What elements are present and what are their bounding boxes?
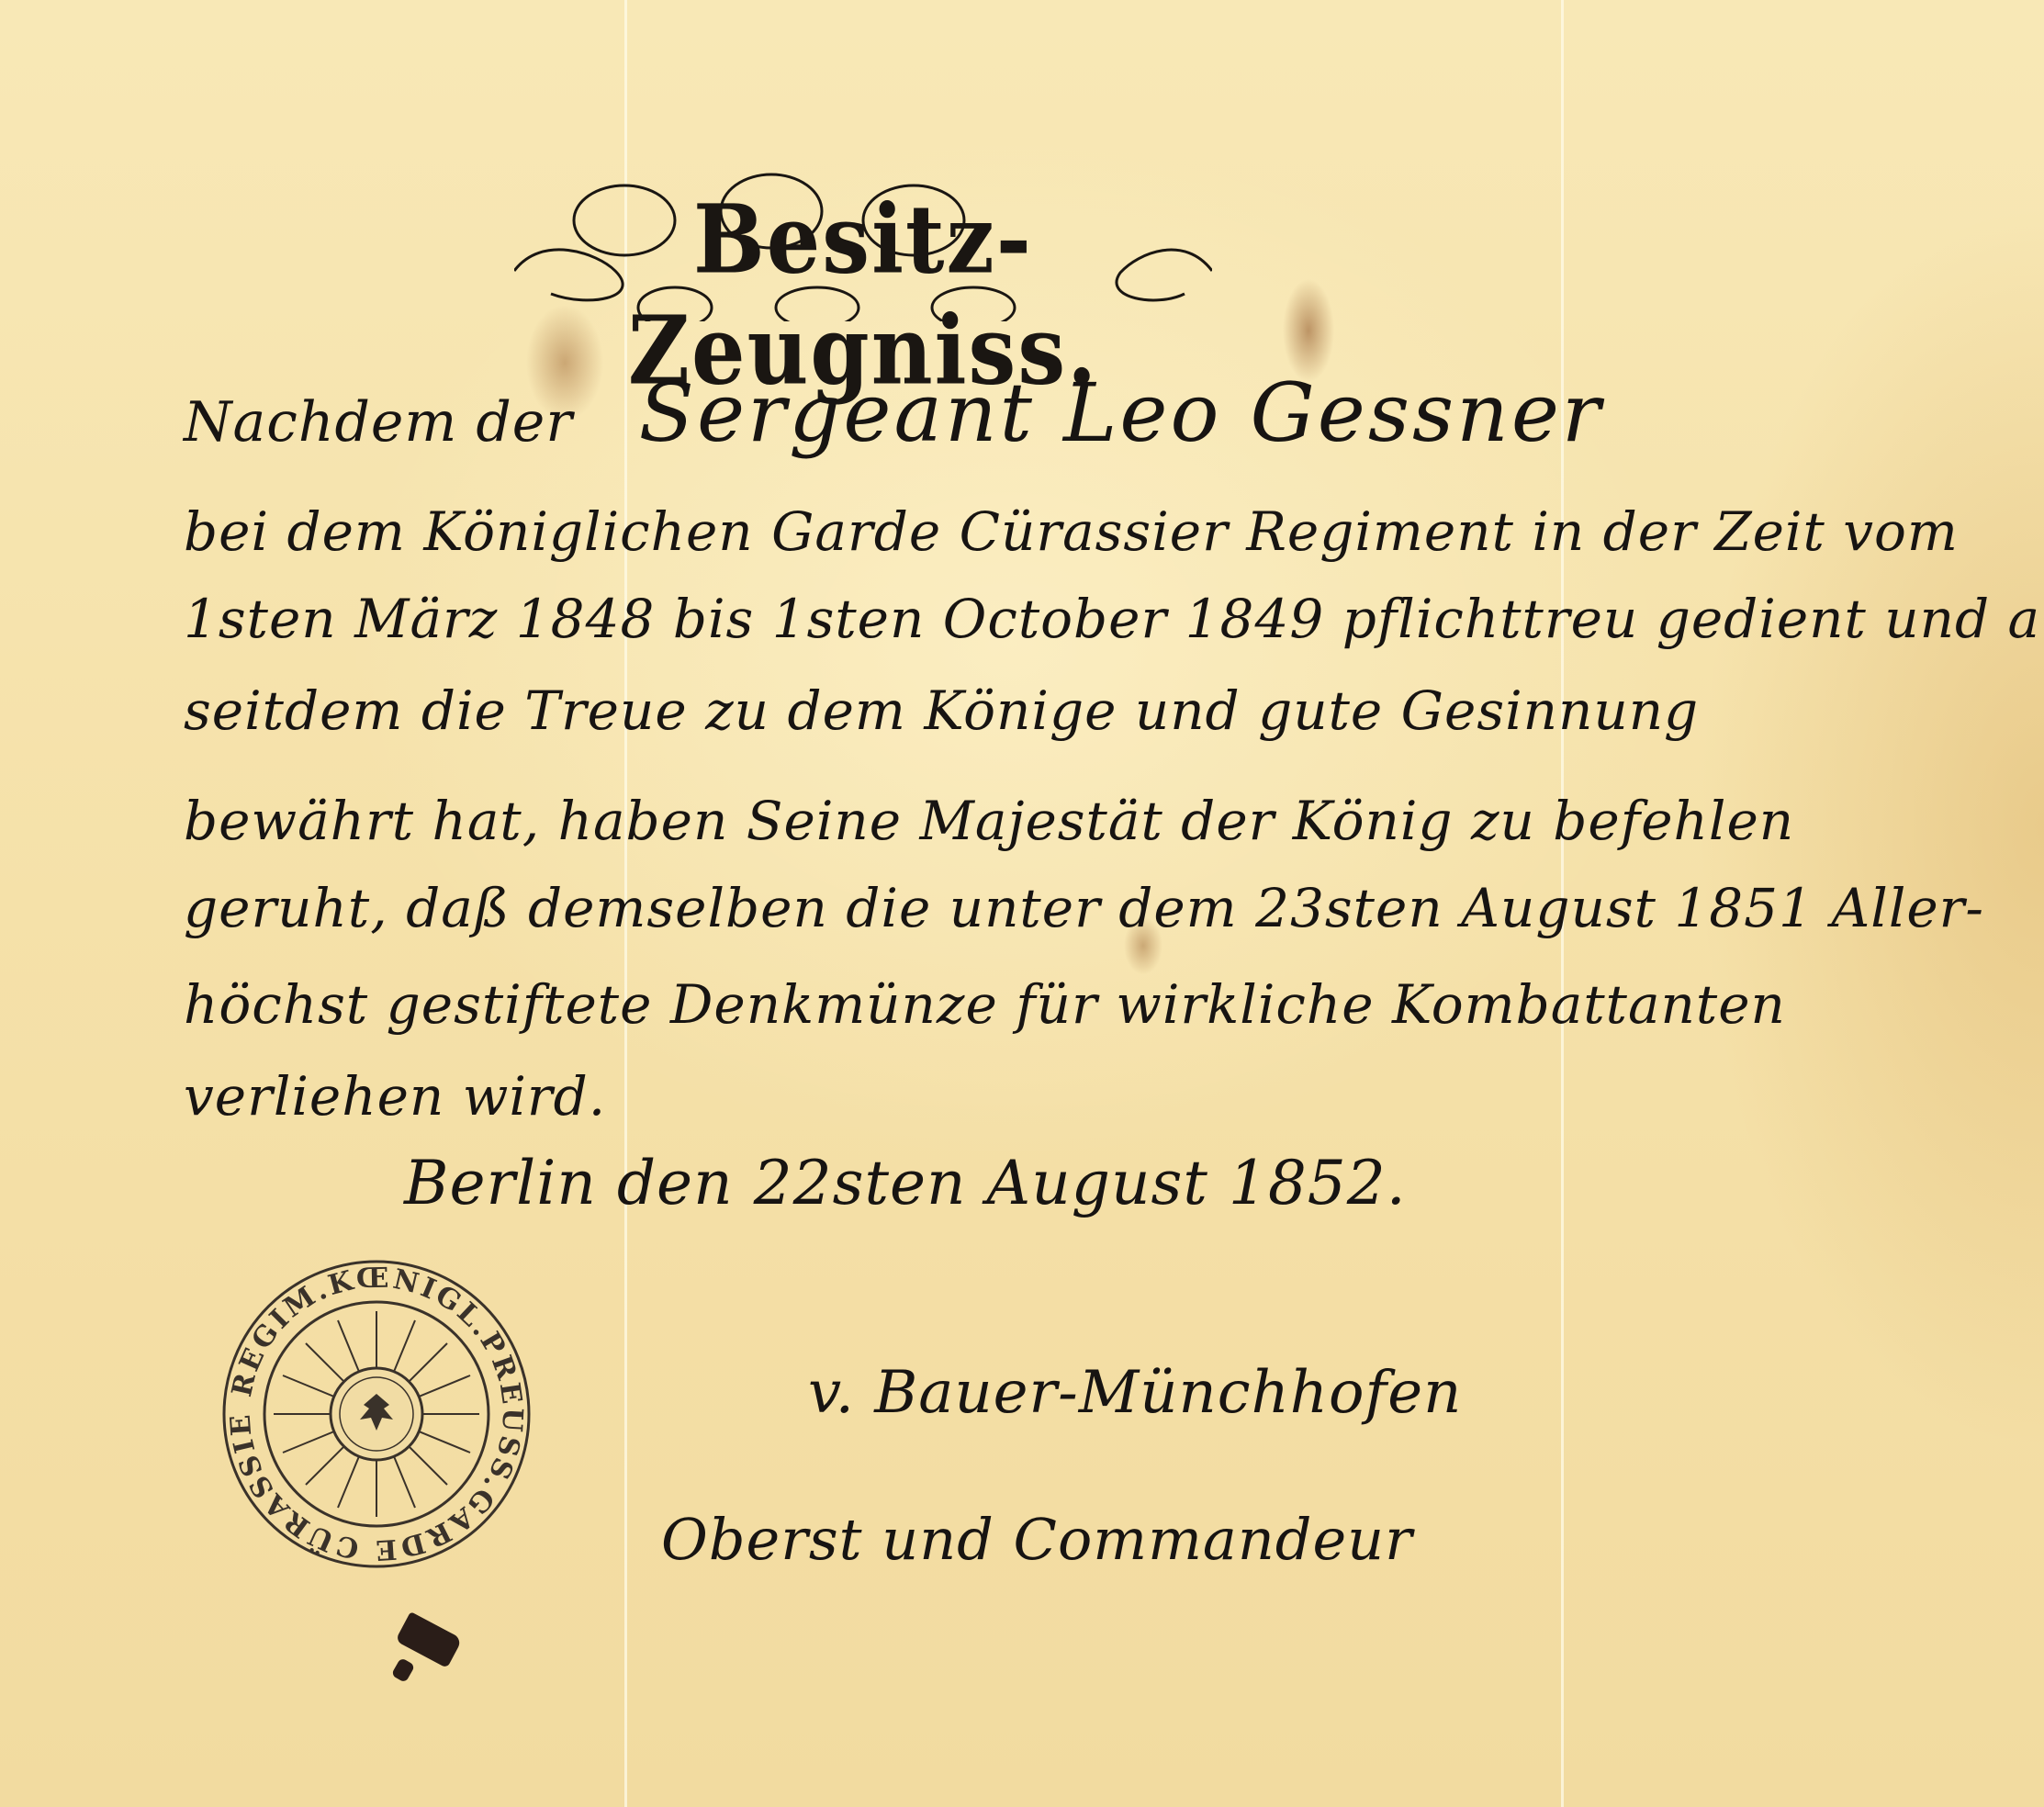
signature: v. Bauer-Münchhofen <box>808 1359 1462 1427</box>
document-page: Besitz-Zeugniss. Nachdem der Sergeant Le… <box>0 0 2044 1807</box>
signatory-rank: Oberst und Commandeur <box>661 1506 1413 1573</box>
body-line: bei dem Königlichen Garde Cürassier Regi… <box>184 500 1959 563</box>
recipient-name: Sergeant Leo Gessner <box>639 365 1603 460</box>
body-line: geruht, daß demselben die unter dem 23st… <box>184 877 1984 939</box>
place-and-date: Berlin den 22sten August 1852. <box>404 1148 1407 1218</box>
ink-blot <box>391 1657 416 1683</box>
body-line: 1sten März 1848 bis 1sten October 1849 p… <box>184 588 2044 650</box>
body-line: verliehen wird. <box>184 1065 606 1128</box>
body-line: bewährt hat, haben Seine Majestät der Kö… <box>184 790 1794 852</box>
intro-line: Nachdem der Sergeant Leo Gessner <box>184 365 1603 460</box>
document-title-block: Besitz-Zeugniss. <box>514 170 1212 321</box>
body-line: höchst gestiftete Denkmünze für wirklich… <box>184 973 1786 1036</box>
regimental-seal: REGIM.KŒNIGL.PREUSS.GARDE CÜRASSIER <box>219 1256 534 1572</box>
body-line: seitdem die Treue zu dem Könige und gute… <box>184 679 1699 742</box>
intro-prefix: Nachdem der <box>184 390 573 455</box>
seal-star-icon: REGIM.KŒNIGL.PREUSS.GARDE CÜRASSIER <box>219 1256 534 1572</box>
